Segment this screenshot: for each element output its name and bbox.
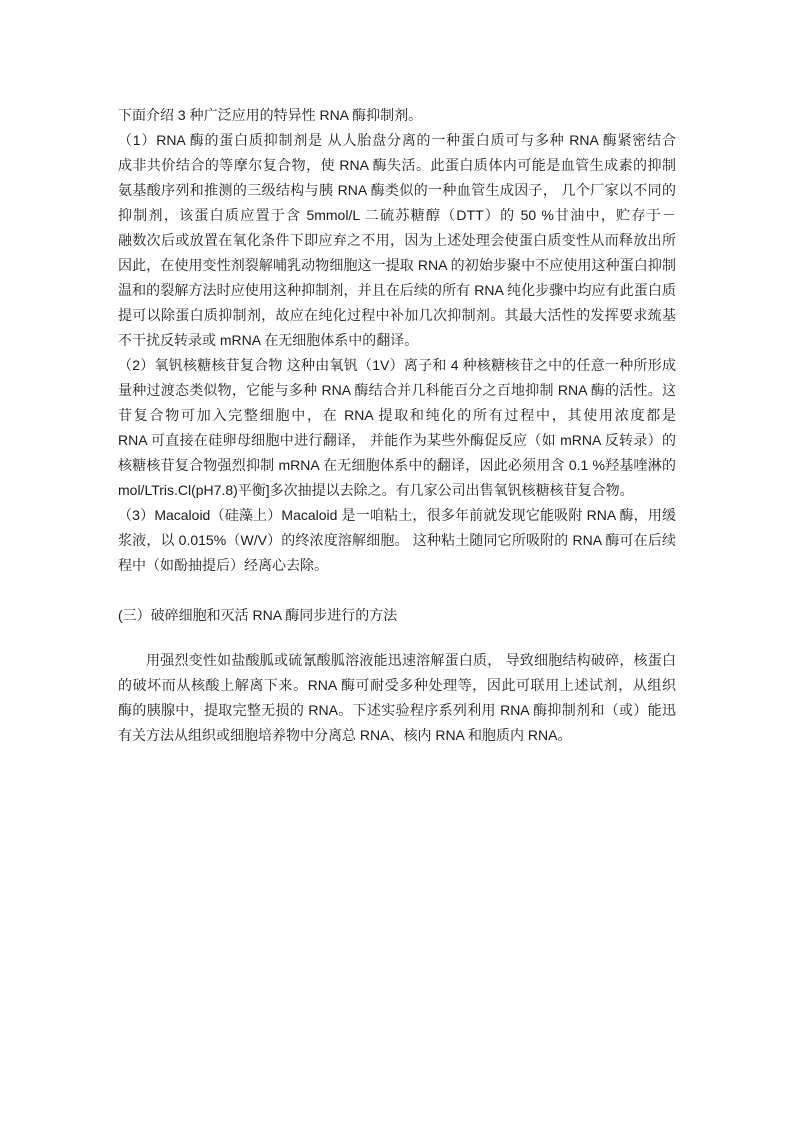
paragraph-item-1: （1）RNA 酶的蛋白质抑制剂是 从人胎盘分离的一种蛋白质可与多种 RNA 酶紧… [118,128,676,353]
text-line: 核糖核苷复合物强烈抑制 mRNA 在无细胞体系中的翻译，因此必须用含 0.1 %… [118,453,676,478]
text-line: (三）破碎细胞和灭活 RNA 酶同步进行的方法 [118,603,676,628]
text-line: 酶的胰腺中，提取完整无损的 RNA。下述实验程序系列利用 RNA 酶抑制剂和（或… [118,698,676,723]
text-line: mol/LTris.Cl(pH7.8)平衡]多次抽提以去除之。有几家公司出售氧钒… [118,478,676,503]
text-line: （1）RNA 酶的蛋白质抑制剂是 从人胎盘分离的一种蛋白质可与多种 RNA 酶紧… [118,128,676,153]
document-page: 下面介绍 3 种广泛应用的特异性 RNA 酶抑制剂。（1）RNA 酶的蛋白质抑制… [0,0,793,1122]
text-line: 因此，在使用变性剂裂解哺乳动物细胞这一提取 RNA 的初始步聚中不应使用这种蛋白… [118,253,676,278]
text-line: 氨基酸序列和推测的三级结构与胰 RNA 酶类似的一种血管生成因子， 几个厂家以不… [118,178,676,203]
text-line: （3）Macaloid（硅藻上）Macaloid 是一咱粘土，很多年前就发现它能… [118,503,676,528]
text-line: 提可以除蛋白质抑制剂，故应在纯化过程中补加几次抑制剂。其最大活性的发挥要求巯基试… [118,303,676,328]
text-line: 温和的裂解方法时应使用这种抑制剂，并且在后续的所有 RNA 纯化步骤中均应有此蛋… [118,278,676,303]
text-line: 有关方法从组织或细胞培养物中分离总 RNA、核内 RNA 和胞质内 RNA。 [118,723,676,748]
text-line: 不干扰反转录或 mRNA 在无细胞体系中的翻译。 [118,328,676,353]
text-line: RNA 可直接在硅卵母细胞中进行翻译， 并能作为某些外酶促反应（如 mRNA 反… [118,428,676,453]
text-line: 程中（如酚抽提后）经离心去除。 [118,553,676,578]
text-line: 下面介绍 3 种广泛应用的特异性 RNA 酶抑制剂。 [118,103,676,128]
text-line: 成非共价结合的等摩尔复合物，使 RNA 酶失活。此蛋白质体内可能是血管生成素的抑… [118,153,676,178]
paragraph-item-2: （2）氧钒核糖核苷复合物 这种由氧钒（1V）离子和 4 种核糖核苷之中的任意一种… [118,353,676,503]
text-line: 苷复合物可加入完整细胞中，在 RNA 提取和纯化的所有过程中，其使用浓度都是 1… [118,403,676,428]
paragraph-section-body: 用强烈变性如盐酸胍或硫氰酸胍溶液能迅速溶解蛋白质， 导致细胞结构破碎，核蛋白由于… [118,648,676,748]
paragraph-intro: 下面介绍 3 种广泛应用的特异性 RNA 酶抑制剂。 [118,103,676,128]
document-text-area: 下面介绍 3 种广泛应用的特异性 RNA 酶抑制剂。（1）RNA 酶的蛋白质抑制… [118,103,676,748]
text-line: 量种过渡态类似物，它能与多种 RNA 酶结合并几科能百分之百地抑制 RNA 酶的… [118,378,676,403]
text-line: 用强烈变性如盐酸胍或硫氰酸胍溶液能迅速溶解蛋白质， 导致细胞结构破碎，核蛋白由于… [118,648,676,673]
section-heading: (三）破碎细胞和灭活 RNA 酶同步进行的方法 [118,603,676,628]
paragraph-item-3: （3）Macaloid（硅藻上）Macaloid 是一咱粘土，很多年前就发现它能… [118,503,676,578]
text-line: 浆液，以 0.015%（W/V）的终浓度溶解细胞。 这种粘土随同它所吸附的 RN… [118,528,676,553]
text-line: 融数次后或放置在氧化条件下即应弃之不用，因为上述处理会使蛋白质变性从而释放出所结… [118,228,676,253]
text-line: 抑制剂，该蛋白质应置于含 5mmol/L 二硫苏糖醇（DTT）的 50 %甘油中… [118,203,676,228]
text-line: 的破坏而从核酸上解离下来。RNA 酶可耐受多种处理等，因此可联用上述试剂，从组织… [118,673,676,698]
text-line: （2）氧钒核糖核苷复合物 这种由氧钒（1V）离子和 4 种核糖核苷之中的任意一种… [118,353,676,378]
